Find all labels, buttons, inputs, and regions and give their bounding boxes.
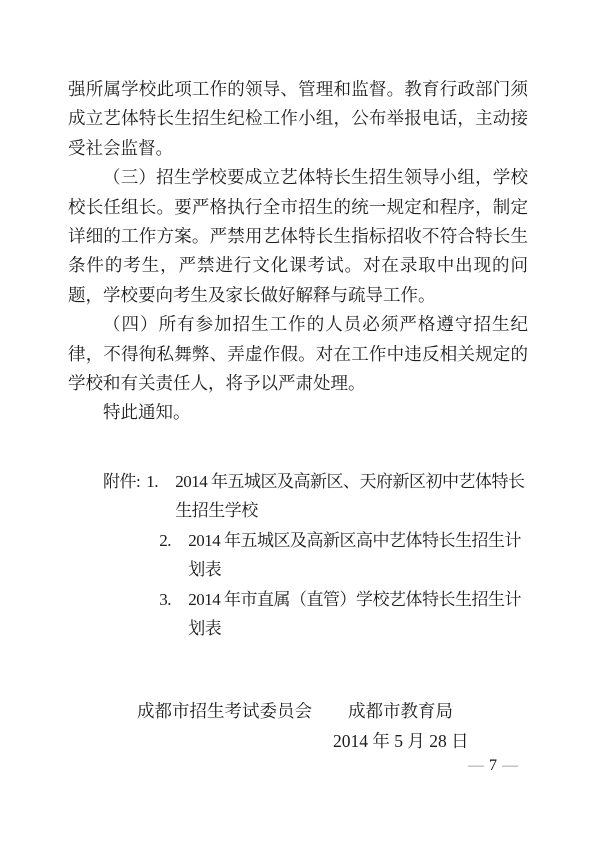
body-text: 强所属学校此项工作的领导、管理和监督。教育行政部门须成立艺体特长生招生纪检工作小…: [68, 75, 528, 428]
attachment-title: 2014 年五城区及高新区、天府新区初中艺体特长生招生学校: [175, 467, 528, 526]
attachment-item: 1. 2014 年五城区及高新区、天府新区初中艺体特长生招生学校: [146, 467, 528, 526]
signature-block: 成都市招生考试委员会 成都市教育局 2014 年 5 月 28 日: [68, 697, 528, 756]
paragraph: （三）招生学校要成立艺体特长生招生领导小组，学校校长任组长。要严格执行全市招生的…: [68, 163, 528, 310]
page-footer: —7—: [468, 757, 518, 775]
paragraph: （四）所有参加招生工作的人员必须严格遵守招生纪律，不得徇私舞弊、弄虚作假。对在工…: [68, 310, 528, 398]
attachment-title: 2014 年市直属（直管）学校艺体特长生招生计划表: [188, 585, 528, 644]
signature-date: 2014 年 5 月 28 日: [333, 727, 528, 756]
signature-issuers: 成都市招生考试委员会 成都市教育局: [137, 697, 528, 726]
attachment-number: 2.: [159, 526, 188, 585]
attachment-number: 3.: [159, 585, 188, 644]
attachments-label: 附件:: [103, 467, 146, 643]
attachment-number: 1.: [146, 467, 175, 526]
attachments-block: 附件: 1. 2014 年五城区及高新区、天府新区初中艺体特长生招生学校 2. …: [103, 467, 528, 643]
signature-issuer-1: 成都市招生考试委员会: [137, 697, 312, 726]
attachment-item: 2. 2014 年五城区及高新区高中艺体特长生招生计划表: [159, 526, 528, 585]
attachment-title: 2014 年五城区及高新区高中艺体特长生招生计划表: [188, 526, 528, 585]
signature-issuer-2: 成都市教育局: [348, 697, 453, 726]
attachments-list: 1. 2014 年五城区及高新区、天府新区初中艺体特长生招生学校 2. 2014…: [146, 467, 528, 643]
footer-page-number: 7: [484, 757, 502, 774]
attachment-item: 3. 2014 年市直属（直管）学校艺体特长生招生计划表: [159, 585, 528, 644]
document-page: 强所属学校此项工作的领导、管理和监督。教育行政部门须成立艺体特长生招生纪检工作小…: [0, 0, 595, 842]
footer-dash-right: —: [502, 757, 518, 774]
footer-dash-left: —: [468, 757, 484, 774]
paragraph: 特此通知。: [68, 398, 528, 427]
paragraph: 强所属学校此项工作的领导、管理和监督。教育行政部门须成立艺体特长生招生纪检工作小…: [68, 75, 528, 163]
